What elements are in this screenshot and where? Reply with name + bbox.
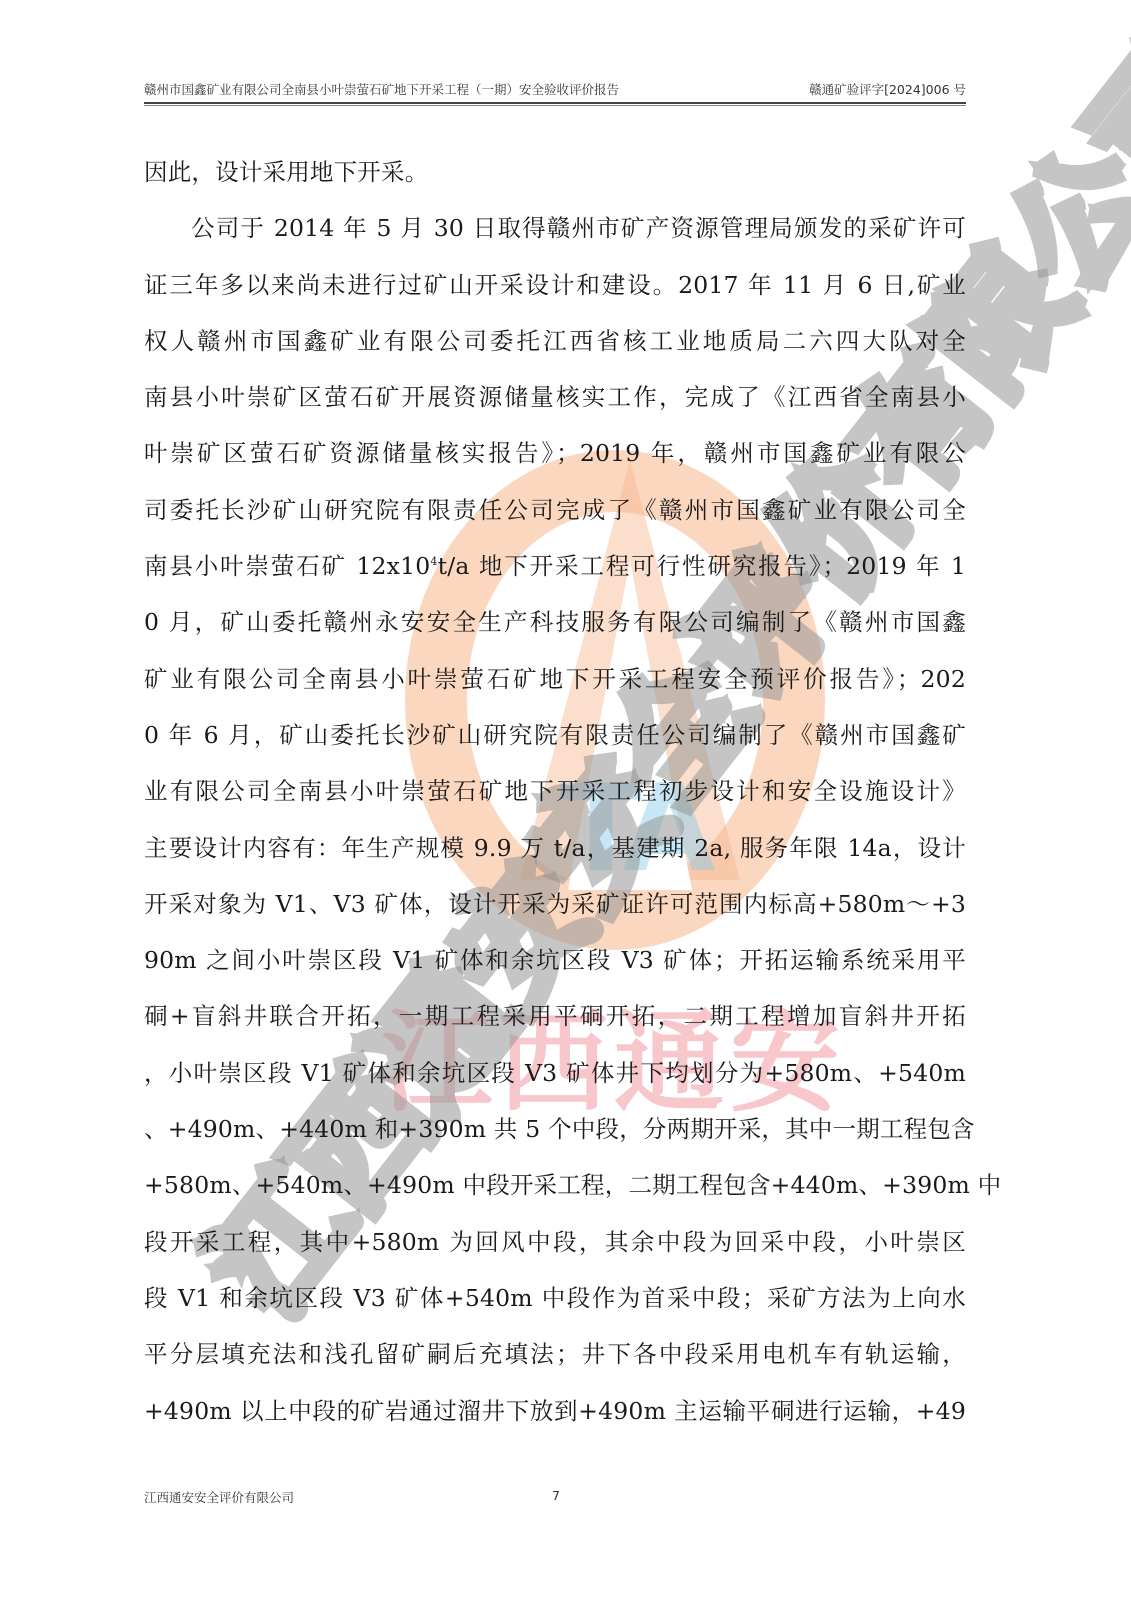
paragraph-line: 因此，设计采用地下开采。	[144, 144, 966, 200]
paragraph-line: 0 年 6 月，矿山委托长沙矿山研究院有限责任公司编制了《赣州市国鑫矿	[144, 707, 966, 763]
paragraph-line: 南县小叶崇萤石矿 12x104t/a 地下开采工程可行性研究报告》；2019 年…	[144, 538, 966, 594]
paragraph-line: +580m、+540m、+490m 中段开采工程，二期工程包含+440m、+39…	[144, 1157, 966, 1213]
paragraph-line: 叶崇矿区萤石矿资源储量核实报告》；2019 年，赣州市国鑫矿业有限公	[144, 425, 966, 481]
paragraph-line: 司委托长沙矿山研究院有限责任公司完成了《赣州市国鑫矿业有限公司全	[144, 482, 966, 538]
footer-company: 江西通安安全评价有限公司	[144, 1488, 294, 1506]
paragraph-line: 主要设计内容有：年生产规模 9.9 万 t/a，基建期 2a, 服务年限 14a…	[144, 820, 966, 876]
line-segment: 南县小叶崇萤石矿 12x10	[144, 552, 430, 580]
body-text: 因此，设计采用地下开采。 公司于 2014 年 5 月 30 日取得赣州市矿产资…	[144, 144, 966, 1439]
superscript: 4	[430, 555, 437, 568]
paragraph-line: 公司于 2014 年 5 月 30 日取得赣州市矿产资源管理局颁发的采矿许可	[144, 200, 966, 256]
header-rule	[144, 102, 966, 104]
header-doc-number: 赣通矿验评字[2024]006 号	[809, 80, 966, 98]
page-header: 赣州市国鑫矿业有限公司全南县小叶崇萤石矿地下开采工程（一期）安全验收评价报告 赣…	[144, 80, 966, 98]
paragraph-line: 硐+盲斜井联合开拓，一期工程采用平硐开拓，二期工程增加盲斜井开拓	[144, 988, 966, 1044]
paragraph-line: 证三年多以来尚未进行过矿山开采设计和建设。2017 年 11 月 6 日,矿业	[144, 257, 966, 313]
paragraph-line: 段开采工程，其中+580m 为回风中段，其余中段为回采中段，小叶崇区	[144, 1214, 966, 1270]
paragraph-line: 、+490m、+440m 和+390m 共 5 个中段，分两期开采，其中一期工程…	[144, 1101, 966, 1157]
paragraph-line: +490m 以上中段的矿岩通过溜井下放到+490m 主运输平硐进行运输，+49	[144, 1383, 966, 1439]
paragraph-line: 段 V1 和余坑区段 V3 矿体+540m 中段作为首采中段；采矿方法为上向水	[144, 1270, 966, 1326]
header-rule-thin	[144, 105, 966, 106]
page-number: 7	[552, 1488, 560, 1503]
paragraph-line: ，小叶崇区段 V1 矿体和余坑区段 V3 矿体井下均划分为+580m、+540m	[144, 1045, 966, 1101]
paragraph-line: 权人赣州市国鑫矿业有限公司委托江西省核工业地质局二六四大队对全	[144, 313, 966, 369]
paragraph-line: 矿业有限公司全南县小叶崇萤石矿地下开采工程安全预评价报告》；202	[144, 651, 966, 707]
header-title: 赣州市国鑫矿业有限公司全南县小叶崇萤石矿地下开采工程（一期）安全验收评价报告	[144, 80, 619, 98]
paragraph-line: 开采对象为 V1、V3 矿体，设计开采为采矿证许可范围内标高+580m～+3	[144, 876, 966, 932]
paragraph-line: 南县小叶崇矿区萤石矿开展资源储量核实工作，完成了《江西省全南县小	[144, 369, 966, 425]
paragraph-line: 业有限公司全南县小叶崇萤石矿地下开采工程初步设计和安全设施设计》	[144, 763, 966, 819]
paragraph-line: 0 月，矿山委托赣州永安安全生产科技服务有限公司编制了《赣州市国鑫	[144, 594, 966, 650]
line-segment: t/a 地下开采工程可行性研究报告》；2019 年 1	[438, 552, 966, 580]
paragraph-line: 90m 之间小叶崇区段 V1 矿体和余坑区段 V3 矿体；开拓运输系统采用平	[144, 932, 966, 988]
paragraph-line: 平分层填充法和浅孔留矿嗣后充填法；井下各中段采用电机车有轨运输，	[144, 1326, 966, 1382]
